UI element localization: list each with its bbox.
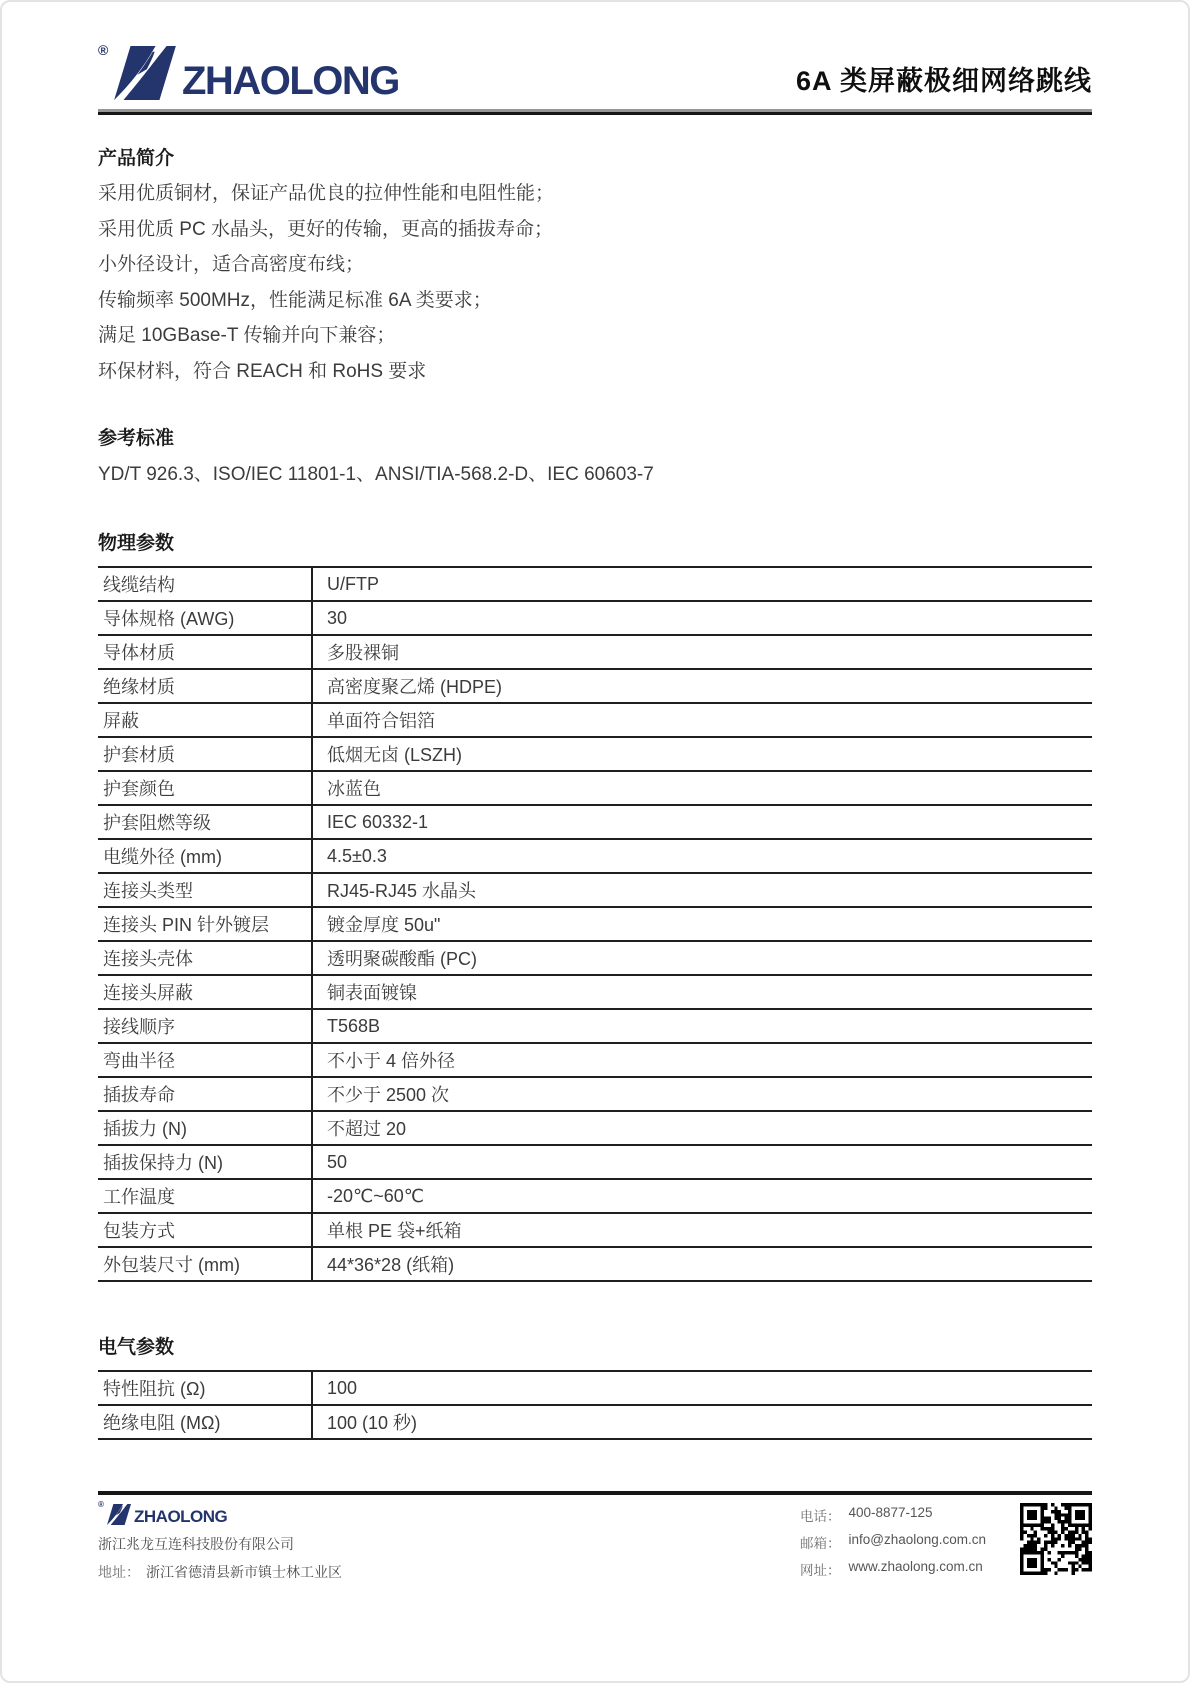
spec-value: 单根 PE 袋+纸箱 bbox=[312, 1213, 1092, 1247]
footer-company-block: ® ZHAOLONG 浙江兆龙互连科技股份有限公司 地址：浙江省德清县新市镇士林… bbox=[98, 1503, 800, 1582]
table-row: 工作温度 -20℃~60℃ bbox=[98, 1179, 1092, 1213]
spec-label: 弯曲半径 bbox=[98, 1043, 312, 1077]
table-row: 护套颜色 冰蓝色 bbox=[98, 771, 1092, 805]
spec-label: 插拔寿命 bbox=[98, 1077, 312, 1111]
spec-value: RJ45-RJ45 水晶头 bbox=[312, 873, 1092, 907]
spec-label: 导体材质 bbox=[98, 635, 312, 669]
spec-label: 绝缘材质 bbox=[98, 669, 312, 703]
contact-label: 邮箱： bbox=[800, 1532, 841, 1552]
electrical-parameters-table: 特性阻抗 (Ω) 100 绝缘电阻 (MΩ) 100 (10 秒) bbox=[98, 1370, 1092, 1440]
table-row: 导体规格 (AWG) 30 bbox=[98, 601, 1092, 635]
table-row: 电缆外径 (mm) 4.5±0.3 bbox=[98, 839, 1092, 873]
spec-value: 44*36*28 (纸箱) bbox=[312, 1247, 1092, 1281]
contact-value: www.zhaolong.com.cn bbox=[848, 1559, 982, 1579]
spec-value: 铜表面镀镍 bbox=[312, 975, 1092, 1009]
company-address: 地址：浙江省德清县新市镇士林工业区 bbox=[98, 1562, 800, 1582]
table-row: 绝缘电阻 (MΩ) 100 (10 秒) bbox=[98, 1405, 1092, 1439]
spec-label: 绝缘电阻 (MΩ) bbox=[98, 1405, 312, 1439]
spec-value: 多股裸铜 bbox=[312, 635, 1092, 669]
spec-value: 单面符合铝箔 bbox=[312, 703, 1092, 737]
page-title: 6A 类屏蔽极细网络跳线 bbox=[796, 59, 1092, 100]
electrical-heading: 电气参数 bbox=[98, 1332, 1092, 1359]
contact-label: 网址： bbox=[800, 1559, 841, 1579]
page-header: ® ZHAOLONG 6A 类屏蔽极细网络跳线 bbox=[98, 46, 1092, 100]
contact-row: 邮箱： info@zhaolong.com.cn bbox=[800, 1532, 986, 1552]
page-footer: ® ZHAOLONG 浙江兆龙互连科技股份有限公司 地址：浙江省德清县新市镇士林… bbox=[98, 1491, 1092, 1586]
contact-value: 400-8877-125 bbox=[848, 1505, 932, 1525]
spec-label: 插拔保持力 (N) bbox=[98, 1145, 312, 1179]
standards-heading: 参考标准 bbox=[98, 423, 1092, 450]
header-divider bbox=[98, 109, 1092, 115]
intro-lines: 采用优质铜材，保证产品优良的拉伸性能和电阻性能； 采用优质 PC 水晶头，更好的… bbox=[98, 176, 1092, 389]
address-value: 浙江省德清县新市镇士林工业区 bbox=[146, 1564, 342, 1580]
intro-heading: 产品简介 bbox=[98, 143, 1092, 170]
spec-value: 不小于 4 倍外径 bbox=[312, 1043, 1092, 1077]
table-row: 护套阻燃等级 IEC 60332-1 bbox=[98, 805, 1092, 839]
table-row: 插拔力 (N) 不超过 20 bbox=[98, 1111, 1092, 1145]
spec-label: 连接头壳体 bbox=[98, 941, 312, 975]
spec-value: 冰蓝色 bbox=[312, 771, 1092, 805]
table-row: 插拔寿命 不少于 2500 次 bbox=[98, 1077, 1092, 1111]
spec-value: -20℃~60℃ bbox=[312, 1179, 1092, 1213]
section-physical-parameters: 物理参数 线缆结构 U/FTP 导体规格 (AWG) 30 导体材质 bbox=[98, 528, 1092, 1282]
table-row: 接线顺序 T568B bbox=[98, 1009, 1092, 1043]
spec-label: 护套阻燃等级 bbox=[98, 805, 312, 839]
spec-label: 屏蔽 bbox=[98, 703, 312, 737]
spec-label: 插拔力 (N) bbox=[98, 1111, 312, 1145]
table-row: 线缆结构 U/FTP bbox=[98, 567, 1092, 601]
spec-value: IEC 60332-1 bbox=[312, 805, 1092, 839]
spec-value: 30 bbox=[312, 601, 1092, 635]
table-row: 弯曲半径 不小于 4 倍外径 bbox=[98, 1043, 1092, 1077]
zhaolong-logo-icon bbox=[114, 46, 176, 100]
table-row: 连接头类型 RJ45-RJ45 水晶头 bbox=[98, 873, 1092, 907]
table-row: 护套材质 低烟无卤 (LSZH) bbox=[98, 737, 1092, 771]
logo-text: ZHAOLONG bbox=[134, 1509, 227, 1525]
spec-value: 不少于 2500 次 bbox=[312, 1077, 1092, 1111]
spec-label: 护套颜色 bbox=[98, 771, 312, 805]
spec-value: 100 bbox=[312, 1371, 1092, 1405]
datasheet-page: ® ZHAOLONG 6A 类屏蔽极细网络跳线 产品简介 采用优质铜材，保证产品… bbox=[0, 0, 1190, 1683]
intro-line: 传输频率 500MHz，性能满足标准 6A 类要求； bbox=[98, 283, 1092, 319]
registered-trademark-icon: ® bbox=[98, 42, 108, 58]
qr-code bbox=[1020, 1503, 1092, 1575]
table-row: 连接头壳体 透明聚碳酸酯 (PC) bbox=[98, 941, 1092, 975]
spec-value: 透明聚碳酸酯 (PC) bbox=[312, 941, 1092, 975]
standards-text: YD/T 926.3、ISO/IEC 11801-1、ANSI/TIA-568.… bbox=[98, 459, 1092, 486]
spec-label: 连接头类型 bbox=[98, 873, 312, 907]
spec-value: 镀金厚度 50u" bbox=[312, 907, 1092, 941]
spec-value: U/FTP bbox=[312, 567, 1092, 601]
spec-label: 连接头屏蔽 bbox=[98, 975, 312, 1009]
zhaolong-logo-icon bbox=[107, 1504, 131, 1525]
spec-value: 低烟无卤 (LSZH) bbox=[312, 737, 1092, 771]
intro-line: 满足 10GBase-T 传输并向下兼容； bbox=[98, 318, 1092, 354]
contact-label: 电话： bbox=[800, 1505, 841, 1525]
table-row: 外包装尺寸 (mm) 44*36*28 (纸箱) bbox=[98, 1247, 1092, 1281]
contact-row: 电话： 400-8877-125 bbox=[800, 1505, 986, 1525]
logo-text: ZHAOLONG bbox=[182, 63, 399, 100]
intro-line: 采用优质 PC 水晶头，更好的传输，更高的插拔寿命； bbox=[98, 212, 1092, 248]
spec-value: 不超过 20 bbox=[312, 1111, 1092, 1145]
section-product-intro: 产品简介 采用优质铜材，保证产品优良的拉伸性能和电阻性能； 采用优质 PC 水晶… bbox=[98, 143, 1092, 389]
spec-value: 4.5±0.3 bbox=[312, 839, 1092, 873]
intro-line: 采用优质铜材，保证产品优良的拉伸性能和电阻性能； bbox=[98, 176, 1092, 212]
spec-value: 50 bbox=[312, 1145, 1092, 1179]
table-row: 连接头 PIN 针外镀层 镀金厚度 50u" bbox=[98, 907, 1092, 941]
spec-label: 工作温度 bbox=[98, 1179, 312, 1213]
contact-value: info@zhaolong.com.cn bbox=[848, 1532, 986, 1552]
spec-label: 护套材质 bbox=[98, 737, 312, 771]
address-label: 地址： bbox=[98, 1564, 140, 1580]
intro-line: 小外径设计，适合高密度布线； bbox=[98, 247, 1092, 283]
table-row: 特性阻抗 (Ω) 100 bbox=[98, 1371, 1092, 1405]
spec-value: 高密度聚乙烯 (HDPE) bbox=[312, 669, 1092, 703]
table-row: 连接头屏蔽 铜表面镀镍 bbox=[98, 975, 1092, 1009]
physical-heading: 物理参数 bbox=[98, 528, 1092, 555]
footer-divider bbox=[98, 1491, 1092, 1495]
footer-contacts: 电话： 400-8877-125 邮箱： info@zhaolong.com.c… bbox=[800, 1505, 986, 1586]
spec-label: 电缆外径 (mm) bbox=[98, 839, 312, 873]
table-row: 插拔保持力 (N) 50 bbox=[98, 1145, 1092, 1179]
spec-label: 导体规格 (AWG) bbox=[98, 601, 312, 635]
section-standards: 参考标准 YD/T 926.3、ISO/IEC 11801-1、ANSI/TIA… bbox=[98, 423, 1092, 486]
table-row: 包装方式 单根 PE 袋+纸箱 bbox=[98, 1213, 1092, 1247]
spec-value: T568B bbox=[312, 1009, 1092, 1043]
spec-label: 线缆结构 bbox=[98, 567, 312, 601]
table-row: 导体材质 多股裸铜 bbox=[98, 635, 1092, 669]
contact-row: 网址： www.zhaolong.com.cn bbox=[800, 1559, 986, 1579]
section-electrical-parameters: 电气参数 特性阻抗 (Ω) 100 绝缘电阻 (MΩ) 100 (10 秒) bbox=[98, 1332, 1092, 1440]
zhaolong-logo: ® ZHAOLONG bbox=[98, 46, 399, 100]
spec-value: 100 (10 秒) bbox=[312, 1405, 1092, 1439]
spec-label: 接线顺序 bbox=[98, 1009, 312, 1043]
spec-label: 连接头 PIN 针外镀层 bbox=[98, 907, 312, 941]
intro-line: 环保材料，符合 REACH 和 RoHS 要求 bbox=[98, 354, 1092, 390]
table-row: 屏蔽 单面符合铝箔 bbox=[98, 703, 1092, 737]
spec-label: 包装方式 bbox=[98, 1213, 312, 1247]
spec-label: 特性阻抗 (Ω) bbox=[98, 1371, 312, 1405]
table-row: 绝缘材质 高密度聚乙烯 (HDPE) bbox=[98, 669, 1092, 703]
footer-zhaolong-logo: ® ZHAOLONG bbox=[98, 1503, 800, 1525]
spec-label: 外包装尺寸 (mm) bbox=[98, 1247, 312, 1281]
registered-trademark-icon: ® bbox=[98, 1500, 104, 1509]
company-name: 浙江兆龙互连科技股份有限公司 bbox=[98, 1534, 800, 1554]
physical-parameters-table: 线缆结构 U/FTP 导体规格 (AWG) 30 导体材质 多股裸铜 bbox=[98, 566, 1092, 1282]
